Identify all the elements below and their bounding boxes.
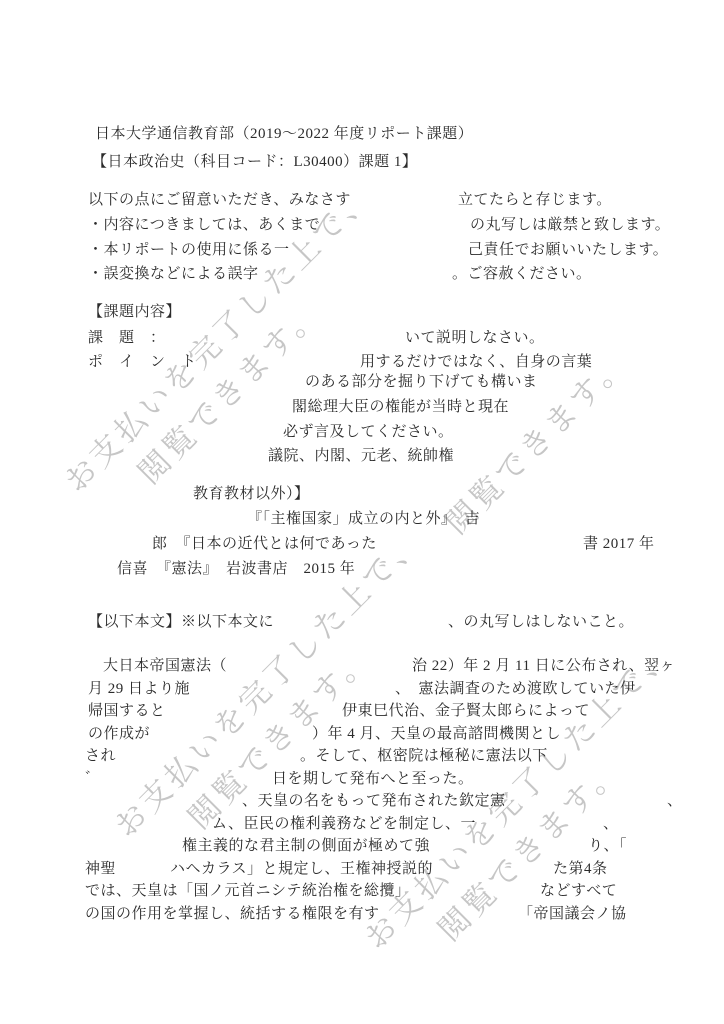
- document-line: 月 29 日より施、 憲法調査のため渡欧していた伊: [0, 679, 724, 699]
- text-segment: 必ず言及してください。: [283, 422, 454, 442]
- document-line: 教育教材以外）】: [0, 484, 724, 504]
- text-segment: 、: [667, 791, 683, 811]
- text-segment: の作成が: [88, 724, 150, 744]
- document-line: ポ イ ン ト用するだけではなく、自身の言葉: [0, 352, 724, 372]
- text-segment: ）年 4 月、天皇の最高諮問機関とし: [312, 724, 561, 744]
- text-segment: ・誤変換などによる誤字: [88, 264, 259, 284]
- document-line: 閣総理大臣の権能が当時と現在: [0, 397, 724, 417]
- document-line: 【日本政治史（科目コード：L30400）課題 1】: [0, 152, 724, 172]
- document-line: 権主義的な君主制の側面が極めて強り、「: [0, 836, 724, 856]
- document-line: 帰国すると伊東巳代治、金子賢太郎らによって: [0, 701, 724, 721]
- text-segment: 、の丸写しはしないこと。: [448, 612, 634, 632]
- text-segment: 信喜 『憲法』 岩波書店 2015 年: [117, 559, 355, 579]
- text-segment: 『「主権国家」成立の内と外』 吉: [247, 509, 480, 529]
- text-segment: のある部分を掘り下げても構いま: [305, 372, 538, 392]
- text-segment: 郎 『日本の近代とは何であった: [152, 534, 377, 554]
- text-segment: の国の作用を掌握し、統括する権限を有す: [85, 904, 380, 924]
- text-segment: 月 29 日より施: [88, 679, 190, 699]
- text-segment: ゛: [85, 769, 101, 789]
- text-segment: 以下の点にご留意いただき、みなさす: [88, 190, 351, 210]
- text-segment: ポ イ ン ト: [88, 352, 197, 372]
- text-segment: の丸写しは厳禁と致します。: [470, 215, 670, 235]
- document-line: 大日本帝国憲法（治 22）年 2 月 11 日に公布され、翌ヶ: [0, 656, 724, 676]
- text-segment: 。ご容赦ください。: [452, 264, 592, 284]
- text-segment: 教育教材以外）】: [193, 484, 310, 504]
- document-line: 議院、内閣、元老、統帥権: [0, 446, 724, 466]
- text-segment: 日を期して発布へと至った。: [272, 769, 474, 789]
- text-segment: り、「: [588, 836, 627, 856]
- text-segment: などすべて: [540, 881, 617, 901]
- document-line: 【課題内容】: [0, 302, 724, 322]
- text-segment: 治 22）年 2 月 11 日に公布され、翌ヶ: [412, 656, 675, 676]
- text-segment: 大日本帝国憲法（: [103, 656, 227, 676]
- text-segment: 日本大学通信教育部（2019～2022 年度リポート課題）: [95, 124, 473, 144]
- document-line: の作成が）年 4 月、天皇の最高諮問機関とし: [0, 724, 724, 744]
- text-segment: 課 題 ：: [88, 328, 166, 348]
- document-line: 神聖ハヘカラス」と規定し、王権神授説的た第4条: [0, 859, 724, 879]
- document-page: お支払いを完了した上で、閲覧できます。閲覧できます。お支払いを完了した上で、閲覧…: [0, 0, 724, 1024]
- text-segment: ハヘカラス」と規定し、王権神授説的: [170, 859, 433, 879]
- text-segment: 【課題内容】: [88, 302, 181, 322]
- document-line: ・内容につきましては、あくまでの丸写しは厳禁と致します。: [0, 215, 724, 235]
- text-segment: 己責任でお願いいたします。: [468, 240, 668, 260]
- text-segment: 立てたらと存じます。: [458, 190, 612, 210]
- document-line: 必ず言及してください。: [0, 422, 724, 442]
- document-text-layer: 日本大学通信教育部（2019～2022 年度リポート課題）【日本政治史（科目コー…: [0, 0, 724, 1024]
- document-line: ゛日を期して発布へと至った。: [0, 769, 724, 789]
- text-segment: ム、臣民の権利義務などを制定し、一: [212, 814, 476, 834]
- document-line: 以下の点にご留意いただき、みなさす立てたらと存じます。: [0, 190, 724, 210]
- text-segment: 神聖: [85, 859, 116, 879]
- text-segment: 帰国すると: [88, 701, 166, 721]
- document-line: され。そして、枢密院は極秘に憲法以下: [0, 746, 724, 766]
- text-segment: 用するだけではなく、自身の言葉: [360, 352, 592, 372]
- text-segment: いて説明しなさい。: [405, 328, 545, 348]
- text-segment: 【以下本文】※以下本文に: [88, 612, 274, 632]
- text-segment: 「帝国議会ノ協: [518, 904, 627, 924]
- document-line: の国の作用を掌握し、統括する権限を有す「帝国議会ノ協: [0, 904, 724, 924]
- document-line: のある部分を掘り下げても構いま: [0, 372, 724, 392]
- document-line: 『「主権国家」成立の内と外』 吉: [0, 509, 724, 529]
- text-segment: 書 2017 年: [583, 534, 655, 554]
- document-line: ・本リポートの使用に係る一己責任でお願いいたします。: [0, 240, 724, 260]
- document-line: 課 題 ：いて説明しなさい。: [0, 328, 724, 348]
- text-segment: た第4条: [553, 859, 608, 879]
- text-segment: 権主義的な君主制の側面が極めて強: [182, 836, 430, 856]
- text-segment: 伊東巳代治、金子賢太郎らによって: [342, 701, 590, 721]
- text-segment: 議院、内閣、元老、統帥権: [268, 446, 454, 466]
- document-line: 郎 『日本の近代とは何であった書 2017 年: [0, 534, 724, 554]
- document-line: では、天皇は「国ノ元首ニシテ統治権を総攬」などすべて: [0, 881, 724, 901]
- text-segment: 、: [603, 814, 619, 834]
- document-line: ・誤変換などによる誤字。ご容赦ください。: [0, 264, 724, 284]
- document-line: 【以下本文】※以下本文に、の丸写しはしないこと。: [0, 612, 724, 632]
- document-line: ム、臣民の権利義務などを制定し、一、: [0, 814, 724, 834]
- text-segment: 閣総理大臣の権能が当時と現在: [292, 397, 509, 417]
- text-segment: ・内容につきましては、あくまで: [88, 215, 320, 235]
- text-segment: 、天皇の名をもって発布された欽定憲: [242, 791, 506, 811]
- text-segment: 【日本政治史（科目コード：L30400）課題 1】: [92, 152, 417, 172]
- document-line: 、天皇の名をもって発布された欽定憲、: [0, 791, 724, 811]
- text-segment: 。そして、枢密院は極秘に憲法以下: [300, 746, 548, 766]
- text-segment: では、天皇は「国ノ元首ニシテ統治権を総攬」: [85, 881, 411, 901]
- text-segment: され: [85, 746, 116, 766]
- text-segment: ・本リポートの使用に係る一: [88, 240, 290, 260]
- text-segment: 、 憲法調査のため渡欧していた伊: [395, 679, 636, 699]
- document-line: 日本大学通信教育部（2019～2022 年度リポート課題）: [0, 124, 724, 144]
- document-line: 信喜 『憲法』 岩波書店 2015 年: [0, 559, 724, 579]
